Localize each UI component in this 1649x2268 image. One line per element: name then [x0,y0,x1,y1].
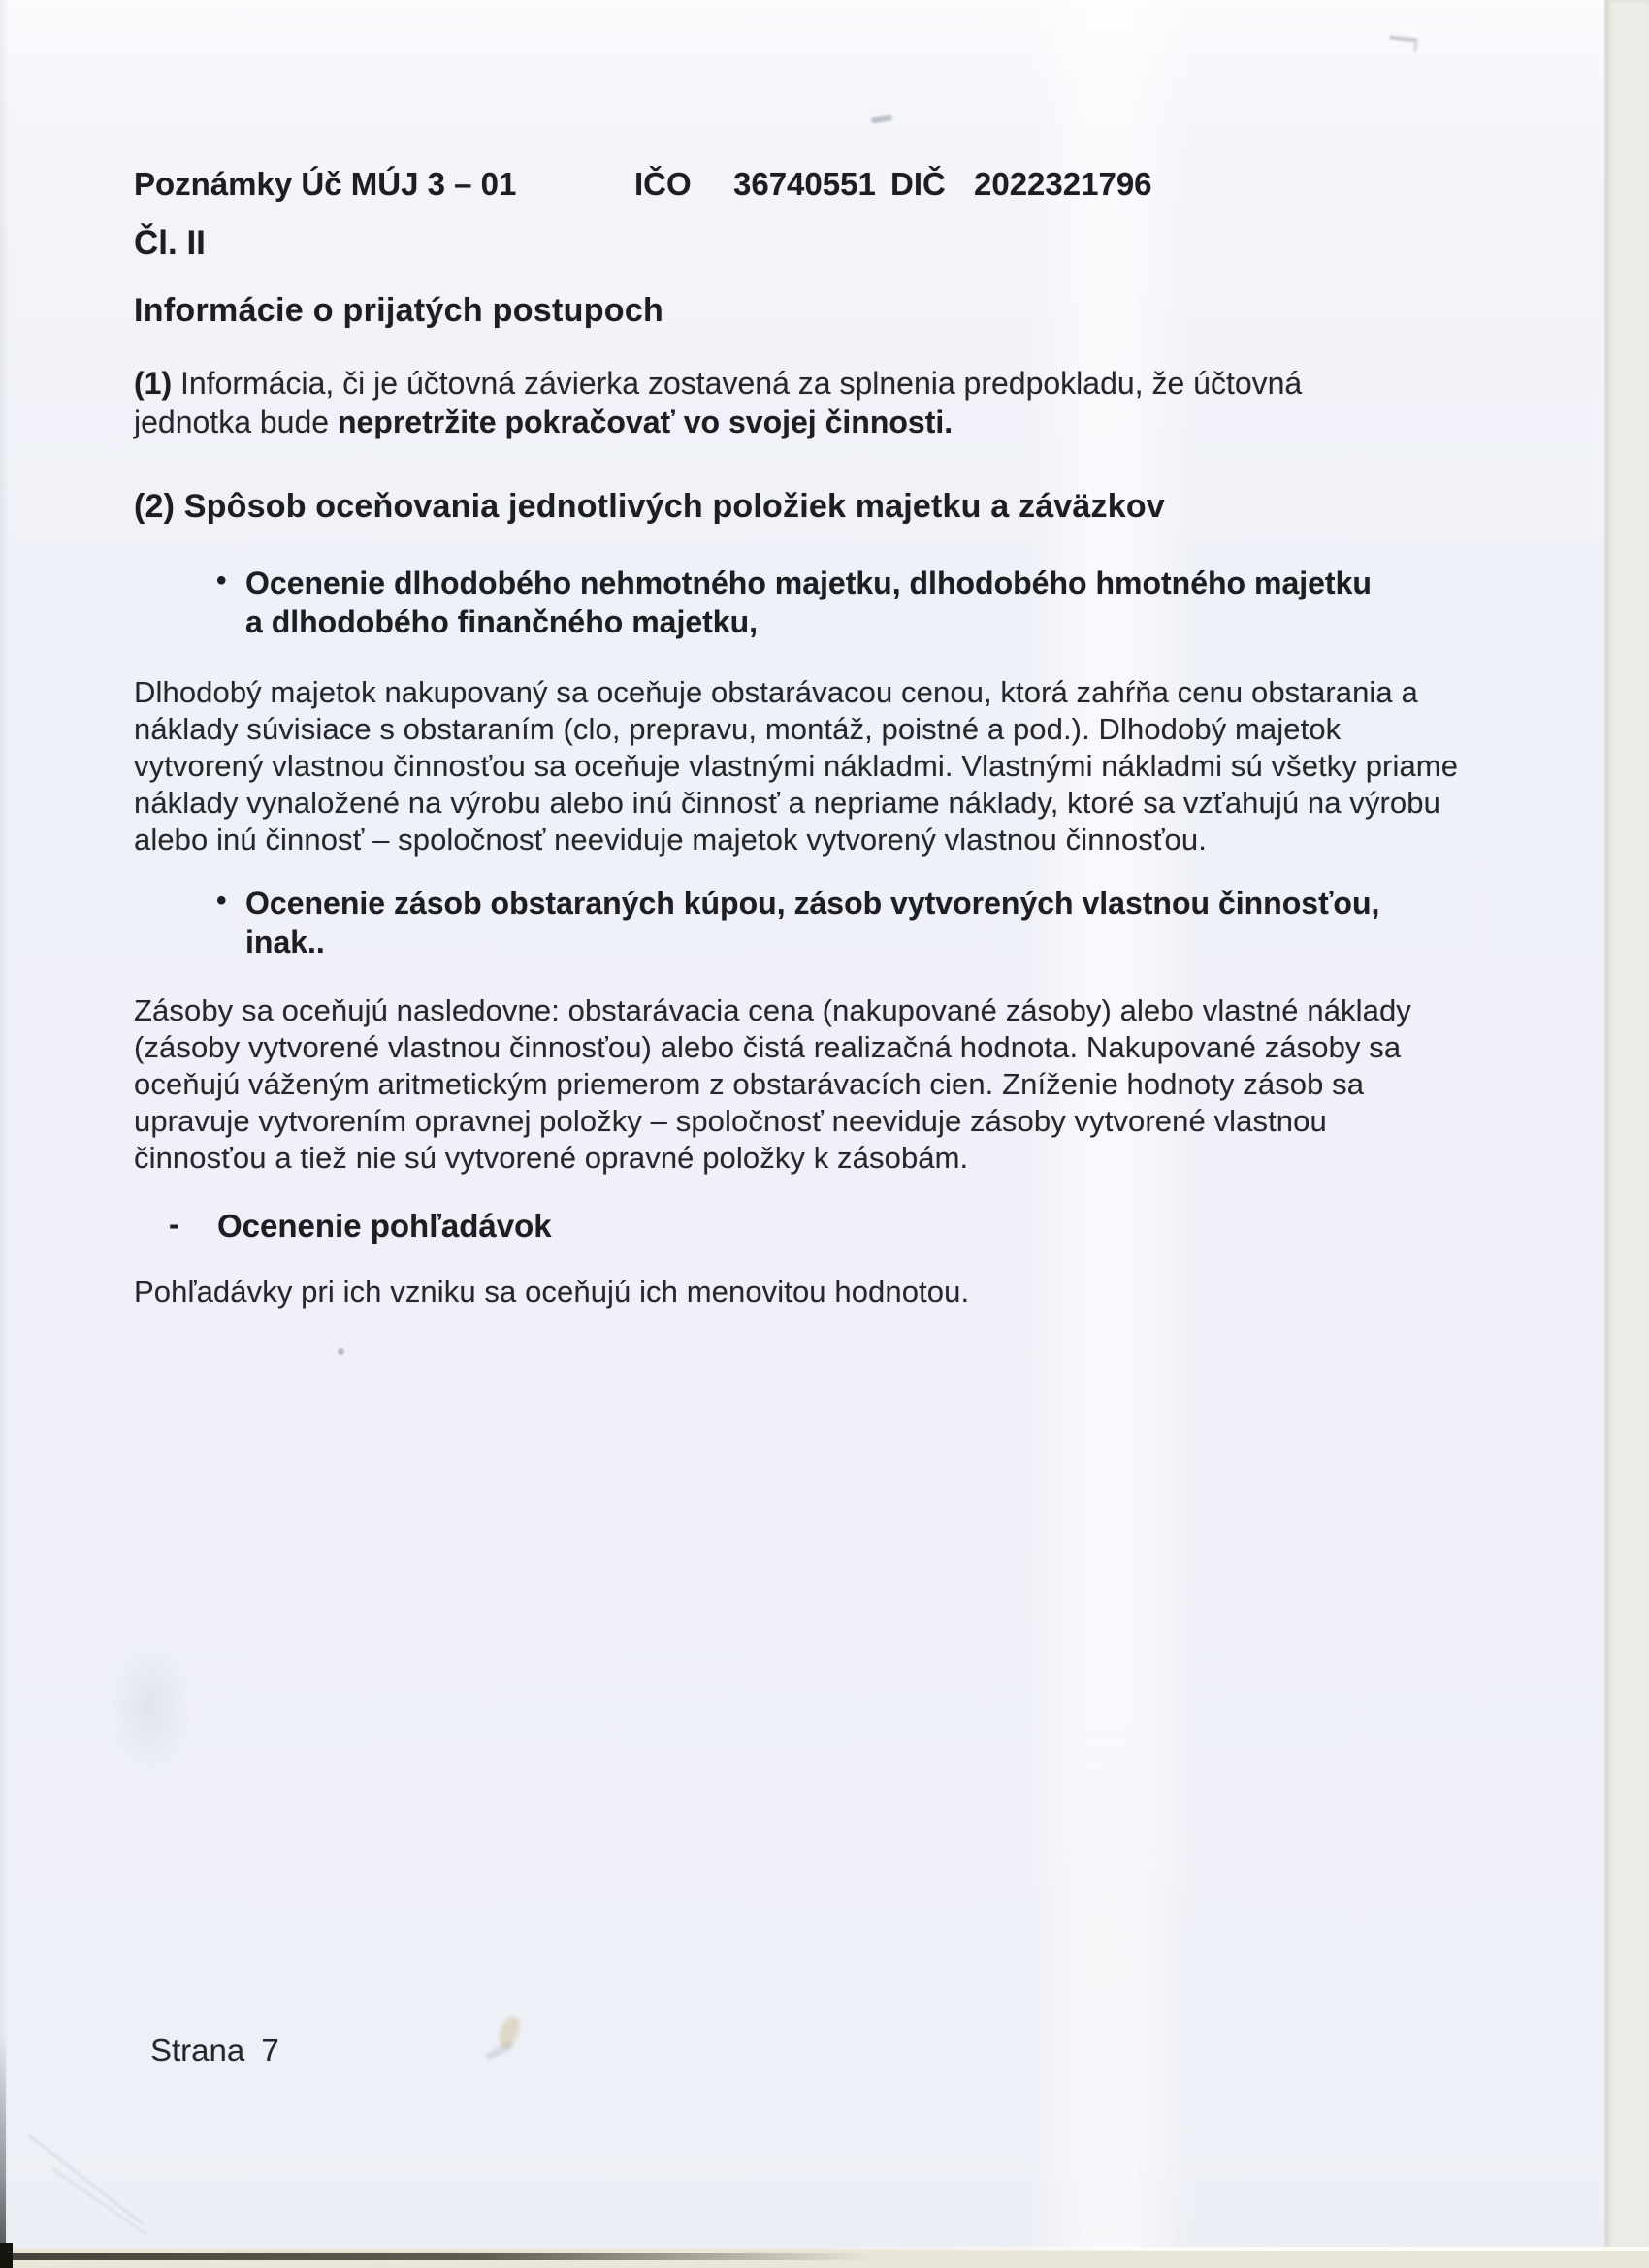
paragraph-line: náklady vynaložené na výrobu alebo inú č… [134,785,1472,822]
paragraph-going-concern: (1) Informácia, či je účtovná závierka z… [134,364,1453,441]
dash-icon: - [169,1206,179,1243]
paragraph-number: (1) [134,366,172,401]
paragraph-line: náklady súvisiace s obstaraním (clo, pre… [134,711,1472,748]
bullet-dot-icon: • [216,882,227,921]
paper-edge-left-shadow [0,2035,6,2268]
scan-corner-mark [0,2243,13,2268]
paragraph-text: jednotka bude [134,405,338,439]
section-2-heading: (2) Spôsob oceňovania jednotlivých polož… [134,488,1165,526]
ico-value: 36740551 [733,166,876,203]
bullet-line: a dlhodobého finančného majetku, [245,602,758,641]
paragraph-line: činnosťou a tiež nie sú vytvorené opravn… [134,1140,1472,1177]
paragraph-line: oceňujú váženým aritmetickým priemerom z… [134,1066,1472,1103]
page-number-footer: Strana 7 [150,2032,279,2069]
article-number: Čl. II [134,224,206,263]
paragraph-line: vytvorený vlastnou činnosťou sa oceňuje … [134,748,1472,785]
bullet-line: Ocenenie zásob obstaraných kúpou, zásob … [245,884,1379,923]
paper-edge-bottom-highlight [824,2247,1649,2251]
dic-label: DIČ [890,166,946,203]
paragraph-line: (zásoby vytvorené vlastnou činnosťou) al… [134,1029,1472,1066]
paragraph-inventory-valuation: Zásoby sa oceňujú nasledovne: obstarávac… [134,992,1472,1177]
paragraph-line: Pohľadávky pri ich vzniku sa oceňujú ich… [134,1274,1472,1311]
paragraph-line: jednotka bude nepretržite pokračovať vo … [134,403,1453,441]
paragraph-receivables: Pohľadávky pri ich vzniku sa oceňujú ich… [134,1274,1472,1311]
paper-edge-right [1604,0,1649,2268]
dic-value: 2022321796 [974,166,1152,203]
form-id-label: Poznámky Úč MÚJ 3 – 01 [134,166,516,203]
paragraph-line: Dlhodobý majetok nakupovaný sa oceňuje o… [134,674,1472,711]
bullet-line: inak.. [245,923,325,961]
bullet-label: Ocenenie pohľadávok [217,1208,552,1245]
bullet-dot-icon: • [216,562,227,600]
paragraph-text: Informácia, či je účtovná závierka zosta… [172,366,1302,401]
paragraph-line: Zásoby sa oceňujú nasledovne: obstarávac… [134,992,1472,1029]
paragraph-line: (1) Informácia, či je účtovná závierka z… [134,364,1453,403]
paragraph-line: upravuje vytvorením opravnej položky – s… [134,1103,1472,1140]
ico-label: IČO [634,166,692,203]
paragraph-longterm-valuation: Dlhodobý majetok nakupovaný sa oceňuje o… [134,674,1472,859]
scanned-document-page: { "page": { "header": { "form_id": "Pozn… [0,0,1649,2268]
section-title: Informácie o prijatých postupoch [134,292,663,330]
paragraph-line: alebo inú činnosť – spoločnosť neeviduje… [134,822,1472,859]
paper-edge-bottom-shadow [0,2253,873,2260]
bullet-line: Ocenenie dlhodobého nehmotného majetku, … [245,564,1372,602]
document-header: Poznámky Úč MÚJ 3 – 01 IČO 36740551 DIČ … [134,166,1424,199]
paragraph-text-bold: nepretržite pokračovať vo svojej činnost… [338,405,953,439]
